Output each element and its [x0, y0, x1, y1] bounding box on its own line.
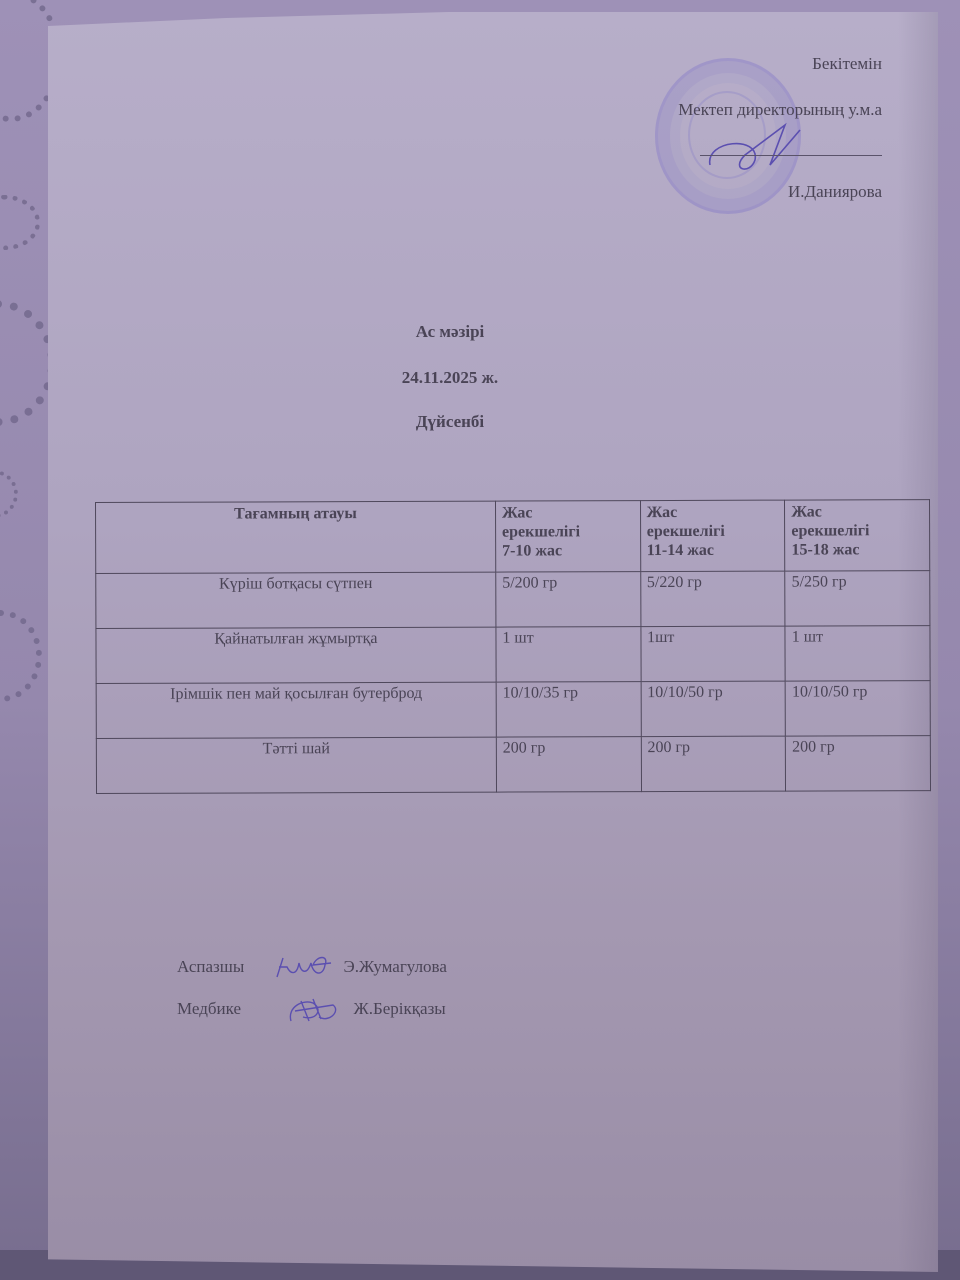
column-header-age-15-18: Жас ерекшелігі 15-18 жас — [785, 500, 930, 572]
document-weekday: Дүйсенбі — [0, 412, 930, 432]
nurse-signature-icon — [283, 997, 343, 1023]
approval-block: Бекітемін Мектеп директорының у.м.а И.Да… — [0, 0, 960, 240]
cook-signature-icon — [273, 955, 333, 981]
lace-pattern — [0, 300, 56, 426]
portion-cell: 200 гр — [786, 736, 931, 792]
document-date: 24.11.2025 ж. — [0, 368, 930, 388]
header-line: ерекшелігі — [502, 522, 634, 541]
table-row: Ірімшік пен май қосылған бутерброд 10/10… — [96, 681, 930, 739]
column-header-dish-name: Тағамның атауы — [96, 501, 496, 573]
header-line: ерекшелігі — [647, 522, 779, 541]
table-row: Күріш ботқасы сүтпен 5/200 гр 5/220 гр 5… — [96, 571, 930, 629]
approval-title: Бекітемін — [812, 54, 882, 74]
nurse-signature-row: Медбике Ж.Берікқазы — [177, 997, 446, 1023]
portion-cell: 10/10/35 гр — [496, 682, 641, 738]
table-row: Тәтті шай 200 гр 200 гр 200 гр — [96, 736, 930, 794]
nurse-name: Ж.Берікқазы — [354, 999, 446, 1018]
approval-role: Мектеп директорының у.м.а — [678, 100, 882, 120]
menu-table: Тағамның атауы Жас ерекшелігі 7-10 жас Ж… — [95, 499, 931, 794]
approval-name: И.Даниярова — [788, 182, 882, 202]
portion-cell: 200 гр — [641, 736, 786, 792]
portion-cell: 10/10/50 гр — [785, 681, 930, 737]
cook-name: Э.Жумагулова — [344, 957, 447, 976]
cook-signature-row: Аспазшы Э.Жумагулова — [177, 955, 447, 981]
portion-cell: 1шт — [641, 626, 786, 682]
lace-pattern — [0, 470, 18, 518]
header-line: ерекшелігі — [791, 521, 923, 540]
portion-cell: 10/10/50 гр — [641, 681, 786, 737]
dish-name-cell: Ірімшік пен май қосылған бутерброд — [96, 682, 496, 738]
header-line: Жас — [791, 502, 923, 521]
column-header-age-11-14: Жас ерекшелігі 11-14 жас — [640, 500, 785, 572]
dish-name-cell: Күріш ботқасы сүтпен — [96, 572, 496, 628]
dish-name-cell: Қайнатылған жұмыртқа — [96, 627, 496, 683]
portion-cell: 5/220 гр — [640, 571, 785, 627]
column-header-age-7-10: Жас ерекшелігі 7-10 жас — [495, 501, 640, 573]
cook-role-label: Аспазшы — [177, 957, 265, 977]
header-line: Жас — [647, 503, 779, 522]
nurse-role-label: Медбике — [177, 999, 275, 1019]
director-signature-icon — [700, 120, 820, 180]
header-line: 7-10 жас — [502, 541, 634, 560]
header-line: 11-14 жас — [647, 541, 779, 560]
lace-pattern — [0, 610, 42, 702]
table-row: Қайнатылған жұмыртқа 1 шт 1шт 1 шт — [96, 626, 930, 684]
header-line: Жас — [502, 503, 634, 522]
dish-name-cell: Тәтті шай — [96, 737, 496, 793]
table-header-row: Тағамның атауы Жас ерекшелігі 7-10 жас Ж… — [96, 500, 930, 574]
signature-line — [700, 155, 882, 156]
portion-cell: 1 шт — [785, 626, 930, 682]
portion-cell: 5/250 гр — [785, 571, 930, 627]
portion-cell: 200 гр — [496, 737, 641, 793]
document-title: Ас мәзірі — [0, 322, 930, 342]
portion-cell: 5/200 гр — [496, 572, 641, 628]
header-line: 15-18 жас — [791, 540, 923, 559]
portion-cell: 1 шт — [496, 627, 641, 683]
